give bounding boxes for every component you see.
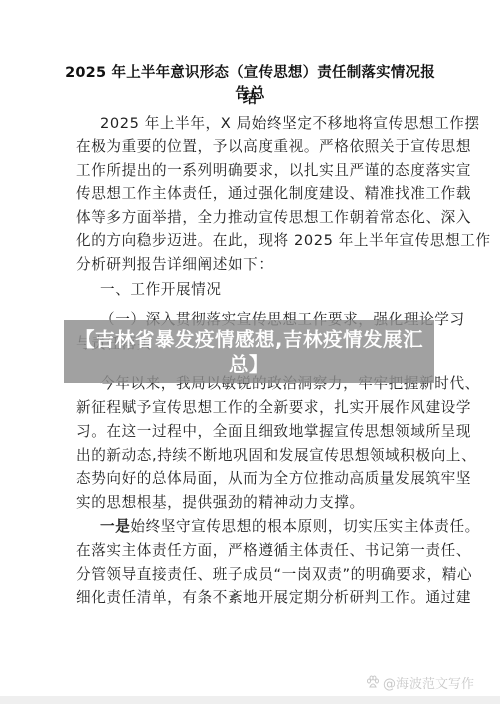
paragraph-line: 实的思想根基，提供强劲的精神动力支撑。 <box>76 493 428 513</box>
paragraph-line: 态势向好的总体局面，从而为全方位推动高质量发展筑牢坚 <box>76 469 428 489</box>
document-page: 2025 年上半年意识形态（宣传思想）责任制落实情况报告总 结 2025 年上半… <box>0 0 500 696</box>
paw-icon <box>366 675 380 689</box>
overlay-title: 【吉林省暴发疫情感想,吉林疫情发展汇总】 <box>74 327 424 377</box>
paragraph-line: 细化责任清单，有条不紊地开展定期分析研判工作。通过建 <box>76 588 428 608</box>
paragraph-line: 出的新动态,持续不断地巩固和发展宣传思想领域积极向上、 <box>76 446 428 466</box>
paragraph-line: 一是始终坚守宣传思想的根本原则，切实压实主体责任。 <box>100 517 452 537</box>
paragraph-line: 新征程赋予宣传思想工作的全新要求，扎实开展作风建设学 <box>76 398 428 418</box>
paragraph-line: 传思想工作主体责任，通过强化制度建设、精准找准工作载 <box>76 184 428 204</box>
watermark: @海波范文写作 <box>366 672 474 692</box>
paragraph-line: 在极为重要的位置，予以高度重视。严格依照关于宣传思想 <box>76 137 428 157</box>
document-title-line2: 结 <box>60 87 440 108</box>
bottom-strip <box>0 696 500 704</box>
bold-prefix: 一是 <box>100 518 130 535</box>
paragraph-line: 化的方向稳步迈进。在此，现将 2025 年上半年宣传思想工作 <box>76 231 428 251</box>
paragraph-line: 在落实主体责任方面，严格遵循主体责任、书记第一责任、 <box>76 541 428 561</box>
paragraph-line: 体等多方面举措，全力推动宣传思想工作朝着常态化、深入 <box>76 208 428 228</box>
watermark-text: @海波范文写作 <box>383 673 474 692</box>
paragraph-line: 工作所提出的一系列明确要求，以扎实且严谨的态度落实宣 <box>76 161 428 181</box>
paragraph-text: 始终坚守宣传思想的根本原则，切实压实主体责任。 <box>130 518 479 535</box>
paragraph-line: 分管领导直接责任、班子成员“一岗双责”的明确要求，精心 <box>76 565 428 585</box>
paragraph-line: 分析研判报告详细阐述如下： <box>76 255 428 275</box>
section-heading: 一、工作开展情况 <box>100 280 452 300</box>
paragraph-line: 2025 年上半年，X 局始终坚定不移地将宣传思想工作摆 <box>100 114 452 134</box>
paragraph-line: 习。在这一过程中，全面且细致地掌握宣传思想领域所呈现 <box>76 422 428 442</box>
title-overlay-banner: 【吉林省暴发疫情感想,吉林疫情发展汇总】 <box>64 320 434 383</box>
